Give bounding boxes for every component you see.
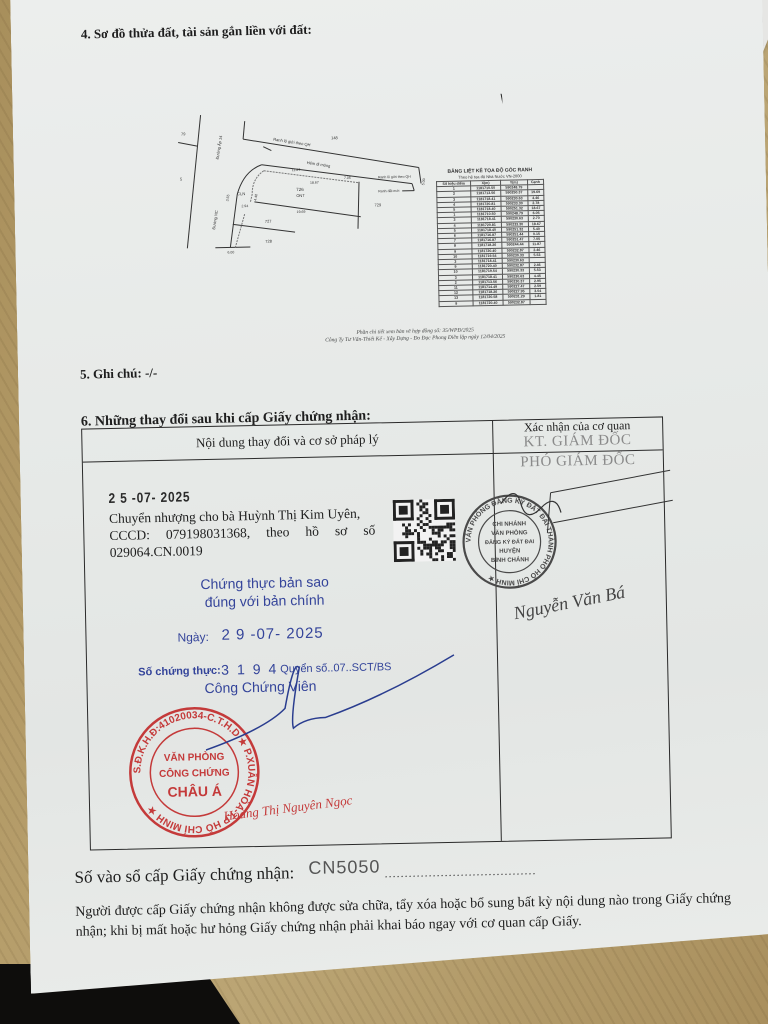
director-signature [460, 460, 682, 555]
label-neighbor-148: 148 [331, 135, 339, 140]
coordinate-cell [530, 299, 546, 305]
dim-label: 11.87 [292, 168, 301, 172]
coordinate-table: BẢNG LIỆT KÊ TỌA ĐỘ GÓC RANH Theo hệ tọa… [436, 167, 547, 307]
coordinate-cell: 590232.87 [503, 299, 530, 305]
dim-label: 6.00 [227, 250, 234, 254]
dim-label: 7.05 [344, 176, 351, 180]
registration-label: Số vào sổ cấp Giấy chứng nhận: [74, 863, 294, 888]
seal-line: BÌNH CHÁNH [491, 555, 529, 564]
sketch-footnote: Phần chi tiết xem bản vẽ hợp đồng số: 35… [265, 325, 565, 345]
notary-seal-line: CÔNG CHỨNG [159, 766, 230, 780]
section-4-title: 4. Sơ đồ thửa đất, tài sản gắn liền với … [81, 22, 312, 43]
certified-copy-line-2: đúng với bản chính [205, 592, 325, 611]
label-parcel-726: 726 [296, 187, 304, 192]
label-neighbor-727: 727 [265, 219, 273, 224]
coordinate-cell: 9 [439, 301, 473, 307]
notary-seal-line: CHÂU Á [167, 782, 222, 800]
label-boundary-alley: Ranh lộ giới theo QH [378, 175, 411, 180]
certified-copy-line-1: Chứng thực bản sao [200, 573, 329, 592]
coordinate-cell: 1181720.40 [473, 300, 503, 306]
label-boundary-current: Ranh đất mới [378, 189, 399, 193]
notary-date-label: Ngày: [177, 630, 209, 645]
dim-label: 3.55 [225, 194, 230, 201]
certificate-notice: Người được cấp Giấy chứng nhận không đượ… [75, 889, 736, 943]
label-land-type-ont: ONT [296, 193, 305, 198]
label-neighbor-729: 729 [374, 202, 382, 207]
label-road-nc: Đường NC [211, 210, 219, 230]
dim-label: 4.48 [253, 194, 258, 201]
section-5-title: 5. Ghi chú: -/- [80, 365, 158, 383]
dim-label: 5.00 [421, 178, 426, 185]
kt-director-stamp: KT. GIÁM ĐỐC [492, 431, 662, 452]
label-road-ap14: Đường Ấp 14 [215, 134, 224, 159]
notary-signature [204, 645, 466, 760]
label-alley: Hẻm đi mông [306, 160, 330, 169]
label-neighbor-728: 728 [265, 239, 273, 244]
notary-date-value: 2 9 -07- 2025 [221, 625, 324, 644]
registration-dots: ...................................... [384, 863, 536, 881]
dim-label: 18.67 [310, 181, 319, 185]
qr-code [393, 499, 456, 562]
label-boundary-plan: Ranh lộ giới theo QH [273, 137, 311, 148]
label-neighbor-79: 79 [181, 131, 186, 136]
dim-label: 2.94 [241, 204, 248, 208]
registration-number: CN5050 [308, 856, 380, 879]
label-neighbor-5: 5 [180, 176, 183, 181]
label-land-type-cln: CLN [237, 191, 245, 196]
change-entry: Chuyển nhượng cho bà Huỳnh Thị Kim Uyên,… [109, 504, 376, 561]
change-date-stamp: 2 5 -07- 2025 [108, 488, 190, 506]
dim-label: 19.69 [297, 210, 306, 214]
certificate-page: 4. Sơ đồ thửa đất, tài sản gắn liền với … [10, 0, 768, 994]
